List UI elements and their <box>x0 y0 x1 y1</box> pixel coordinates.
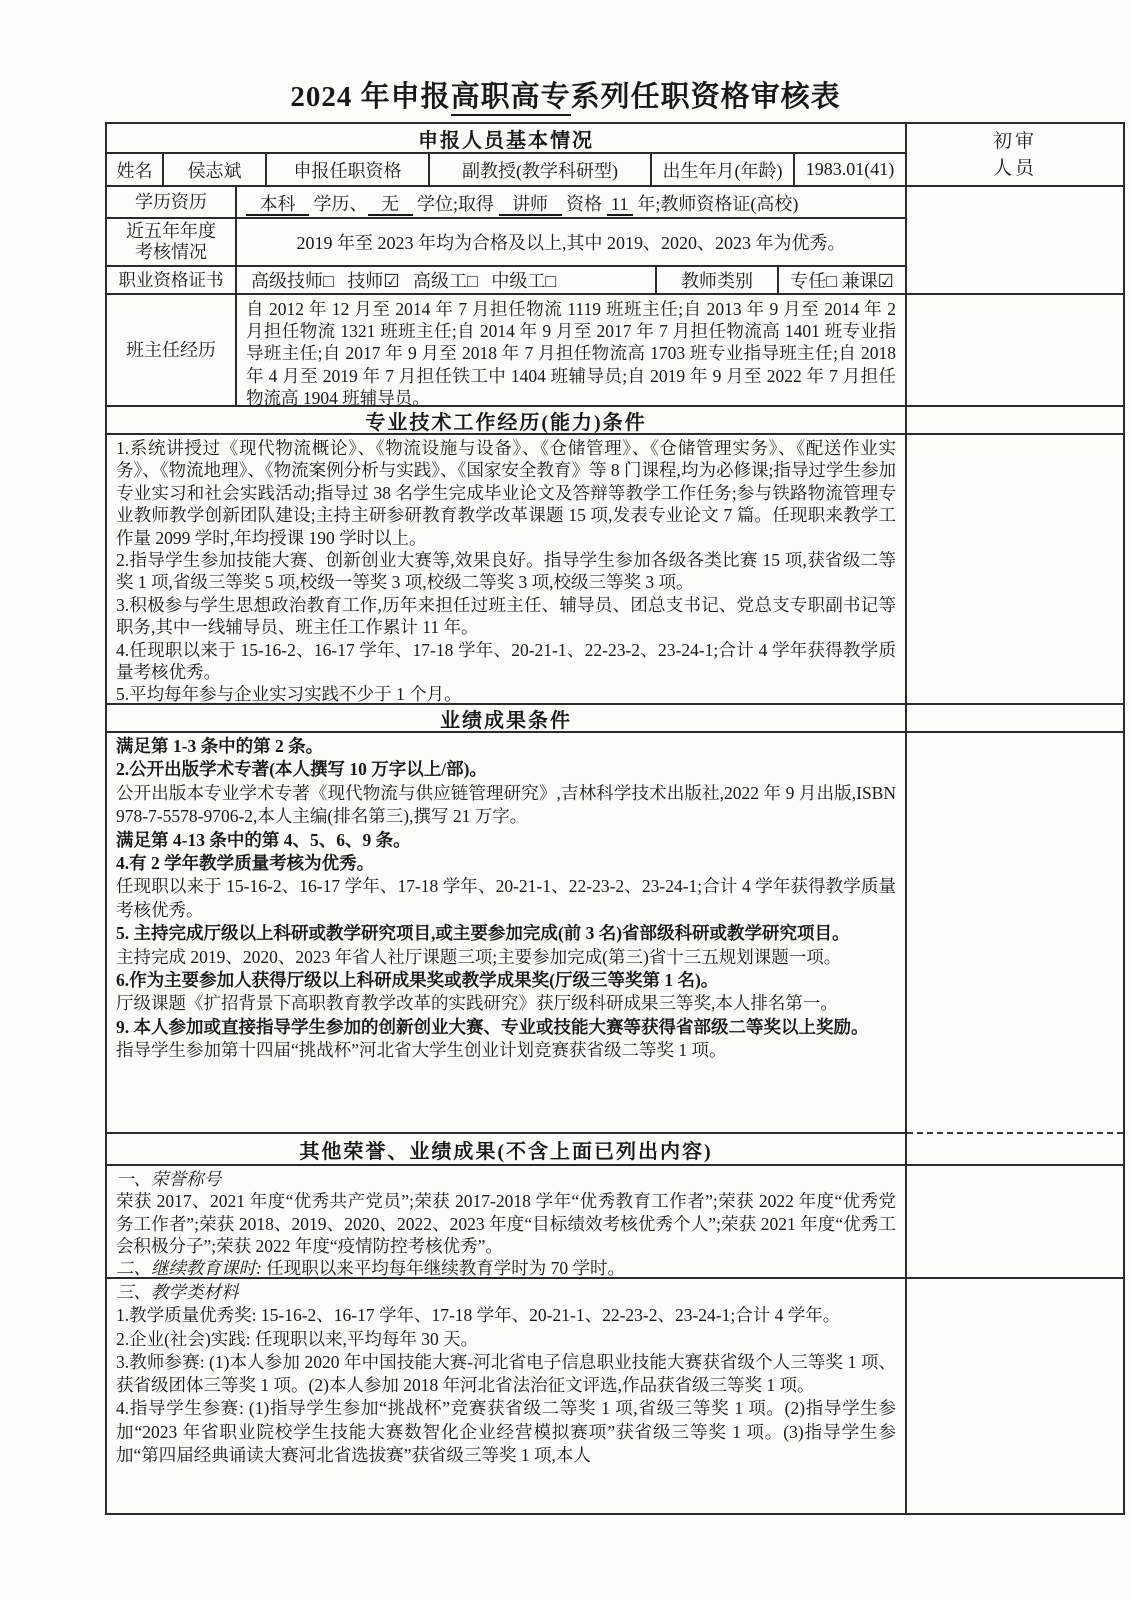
education-years-blank: 11 <box>607 194 633 216</box>
section-teaching-content: 三、教学类材料 1.教学质量优秀奖: 15-16-2、16-17 学年、17-1… <box>107 1279 905 1513</box>
reviewer-empty-cell <box>907 435 1123 705</box>
section-achievement-content: 满足第 1-3 条中的第 2 条。 2.公开出版学术专著(本人撰写 10 万字以… <box>107 733 905 1134</box>
reviewer-empty-cell <box>907 407 1123 435</box>
homeroom-value: 自 2012 年 12 月至 2014 年 7 月担任物流 1119 班班主任;… <box>237 295 905 405</box>
achievement-criterion: 满足第 4-13 条中的第 4、5、6、9 条。 <box>116 829 896 852</box>
continuing-education-label: 二、继续教育课时: <box>116 1258 262 1278</box>
page-title: 2024 年申报高职高专系列任职资格审核表 <box>0 74 1131 115</box>
achievement-evidence: 主持完成 2019、2020、2023 年省人社厅课题三项;主要参加完成(第三)… <box>116 946 896 969</box>
reviewer-column: 初审 人员 <box>907 124 1123 1513</box>
education-line: 本科 学历、 无 学位;取得 讲师 资格 11 年;教师资格证(高校) <box>246 189 896 215</box>
reviewer-label-line2: 人员 <box>993 155 1037 182</box>
form-main-column: 申报人员基本情况 姓名 侯志斌 申报任职资格 副教授(教学科研型) 出生年月(年… <box>107 124 907 1513</box>
assessment-label-line1: 近五年年度 <box>126 221 216 242</box>
honors-body: 荣获 2017、2021 年度“优秀共产党员”;荣获 2017-2018 学年“… <box>116 1190 896 1257</box>
tech-paragraph: 5.平均每年参与企业实习实践不少于 1 个月。 <box>116 683 896 705</box>
reviewer-label-line1: 初审 <box>993 128 1037 155</box>
education-degree-blank: 本科 <box>246 194 309 216</box>
certificate-options: 高级技师□ 技师☑ 高级工□ 中级工□ <box>251 267 556 293</box>
section-header-other-honors-label: 其他荣誉、业绩成果(不含上面已列出内容) <box>299 1135 712 1164</box>
achievement-criterion: 9. 本人参加或直接指导学生参加的创新创业大赛、专业或技能大赛等获得省部级二等奖… <box>116 1016 896 1039</box>
section-header-basic-info-label: 申报人员基本情况 <box>418 124 594 153</box>
achievement-evidence: 任现职以来于 15-16-2、16-17 学年、17-18 学年、20-21-1… <box>116 875 896 922</box>
tech-paragraph: 2.指导学生参加技能大赛、创新创业大赛等,效果良好。指导学生参加各级各类比赛 1… <box>116 549 896 594</box>
homeroom-text: 自 2012 年 12 月至 2014 年 7 月担任物流 1119 班班主任;… <box>246 298 896 409</box>
reviewer-empty-cell <box>907 1134 1123 1166</box>
education-rank-blank: 讲师 <box>499 194 562 216</box>
row-education: 学历资历 本科 学历、 无 学位;取得 讲师 资格 11 年;教师资格证(高校) <box>107 187 905 219</box>
honors-heading: 一、荣誉称号 <box>116 1168 896 1190</box>
reviewer-empty-cell <box>907 733 1123 1134</box>
education-value: 本科 学历、 无 学位;取得 讲师 资格 11 年;教师资格证(高校) <box>237 187 905 217</box>
reviewer-empty-cell <box>907 1166 1123 1279</box>
achievement-criterion: 满足第 1-3 条中的第 2 条。 <box>116 735 896 758</box>
teacher-type-label: 教师类别 <box>657 267 779 293</box>
continuing-education-value: 任现职以来平均每年继续教育学时为 70 学时。 <box>262 1258 625 1278</box>
teaching-heading: 三、教学类材料 <box>116 1281 896 1304</box>
name-label: 姓名 <box>107 154 164 185</box>
achievement-criterion: 6.作为主要参加人获得厅级以上科研成果奖或教学成果奖(厅级三等奖第 1 名)。 <box>116 969 896 992</box>
tech-paragraph: 3.积极参与学生思想政治教育工作,历年来担任过班主任、辅导员、团总支书记、党总支… <box>116 594 896 639</box>
section-header-basic-info: 申报人员基本情况 <box>107 124 905 154</box>
assessment-label: 近五年年度 考核情况 <box>107 219 237 265</box>
applied-title-value: 副教授(教学科研型) <box>430 154 652 185</box>
section-honors-content: 一、荣誉称号 荣获 2017、2021 年度“优秀共产党员”;荣获 2017-2… <box>107 1166 905 1279</box>
teaching-item: 4.指导学生参赛: (1)指导学生参加“挑战杯”竞赛获省级二等奖 1 项,省级三… <box>116 1397 896 1467</box>
achievement-criterion: 4.有 2 学年教学质量考核为优秀。 <box>116 852 896 875</box>
teaching-item: 3.教师参赛: (1)本人参加 2020 年中国技能大赛-河北省电子信息职业技能… <box>116 1351 896 1398</box>
name-value: 侯志斌 <box>164 154 267 185</box>
row-homeroom: 班主任经历 自 2012 年 12 月至 2014 年 7 月担任物流 1119… <box>107 295 905 407</box>
row-certificate: 职业资格证书 高级技师□ 技师☑ 高级工□ 中级工□ 教师类别 专任□ 兼课☑ <box>107 267 905 295</box>
tech-paragraph: 4.任现职以来于 15-16-2、16-17 学年、17-18 学年、20-21… <box>116 639 896 684</box>
achievement-evidence: 指导学生参加第十四届“挑战杯”河北省大学生创业计划竞赛获省级二等奖 1 项。 <box>116 1039 896 1062</box>
applied-title-label: 申报任职资格 <box>267 154 430 185</box>
education-text: 年;教师资格证(高校) <box>633 194 799 214</box>
teaching-item: 2.企业(社会)实践: 任现职以来,平均每年 30 天。 <box>116 1328 896 1351</box>
review-form-table: 申报人员基本情况 姓名 侯志斌 申报任职资格 副教授(教学科研型) 出生年月(年… <box>105 122 1125 1515</box>
assessment-value: 2019 年至 2023 年均为合格及以上,其中 2019、2020、2023 … <box>237 219 905 265</box>
education-label: 学历资历 <box>107 187 237 217</box>
reviewer-empty-cell <box>907 1279 1123 1513</box>
tech-paragraph: 1.系统讲授过《现代物流概论》、《物流设施与设备》、《仓储管理》、《仓储管理实务… <box>116 437 896 549</box>
page-title-underlined: 高职高专 <box>451 81 571 116</box>
continuing-education-line: 二、继续教育课时: 任现职以来平均每年继续教育学时为 70 学时。 <box>116 1257 896 1279</box>
section-header-achievement-label: 业绩成果条件 <box>440 704 572 733</box>
reviewer-empty-cell <box>907 187 1123 295</box>
page-title-suffix: 系列任职资格审核表 <box>571 81 841 113</box>
reviewer-label-cell: 初审 人员 <box>907 124 1123 187</box>
section-header-tech: 专业技术工作经历(能力)条件 <box>107 407 905 435</box>
section-header-achievement: 业绩成果条件 <box>107 705 905 733</box>
homeroom-label: 班主任经历 <box>107 295 237 405</box>
section-header-other-honors: 其他荣誉、业绩成果(不含上面已列出内容) <box>107 1134 905 1166</box>
section-header-tech-label: 专业技术工作经历(能力)条件 <box>365 406 646 435</box>
certificate-checkbox-group: 高级技师□ 技师☑ 高级工□ 中级工□ <box>237 267 657 293</box>
scanned-form-page: 2024 年申报高职高专系列任职资格审核表 申报人员基本情况 姓名 侯志斌 申报… <box>0 0 1131 1600</box>
teacher-type-options: 专任□ 兼课☑ <box>790 267 894 293</box>
teacher-type-checkbox-group: 专任□ 兼课☑ <box>779 267 905 293</box>
education-text: 学历、 <box>309 194 368 214</box>
education-text: 资格 <box>562 194 607 214</box>
achievement-criterion: 5. 主持完成厅级以上科研或教学研究项目,或主要参加完成(前 3 名)省部级科研… <box>116 922 896 945</box>
page-title-prefix: 2024 年申报 <box>290 81 450 113</box>
education-text: 学位;取得 <box>413 194 499 214</box>
assessment-label-line2: 考核情况 <box>135 242 207 263</box>
section-tech-content: 1.系统讲授过《现代物流概论》、《物流设施与设备》、《仓储管理》、《仓储管理实务… <box>107 435 905 705</box>
certificate-label: 职业资格证书 <box>107 267 237 293</box>
row-name: 姓名 侯志斌 申报任职资格 副教授(教学科研型) 出生年月(年龄) 1983.0… <box>107 154 905 187</box>
row-assessment: 近五年年度 考核情况 2019 年至 2023 年均为合格及以上,其中 2019… <box>107 219 905 267</box>
birth-value: 1983.01(41) <box>795 154 905 185</box>
birth-label: 出生年月(年龄) <box>652 154 795 185</box>
achievement-evidence: 厅级课题《扩招背景下高职教育教学改革的实践研究》获厅级科研成果三等奖,本人排名第… <box>116 992 896 1015</box>
teaching-item: 1.教学质量优秀奖: 15-16-2、16-17 学年、17-18 学年、20-… <box>116 1304 896 1327</box>
reviewer-empty-cell <box>907 295 1123 407</box>
achievement-criterion: 2.公开出版学术专著(本人撰写 10 万字以上/部)。 <box>116 758 896 781</box>
reviewer-empty-cell <box>907 705 1123 733</box>
education-degree2-blank: 无 <box>368 194 413 216</box>
achievement-evidence: 公开出版本专业学术专著《现代物流与供应链管理研究》,吉林科学技术出版社,2022… <box>116 782 896 829</box>
